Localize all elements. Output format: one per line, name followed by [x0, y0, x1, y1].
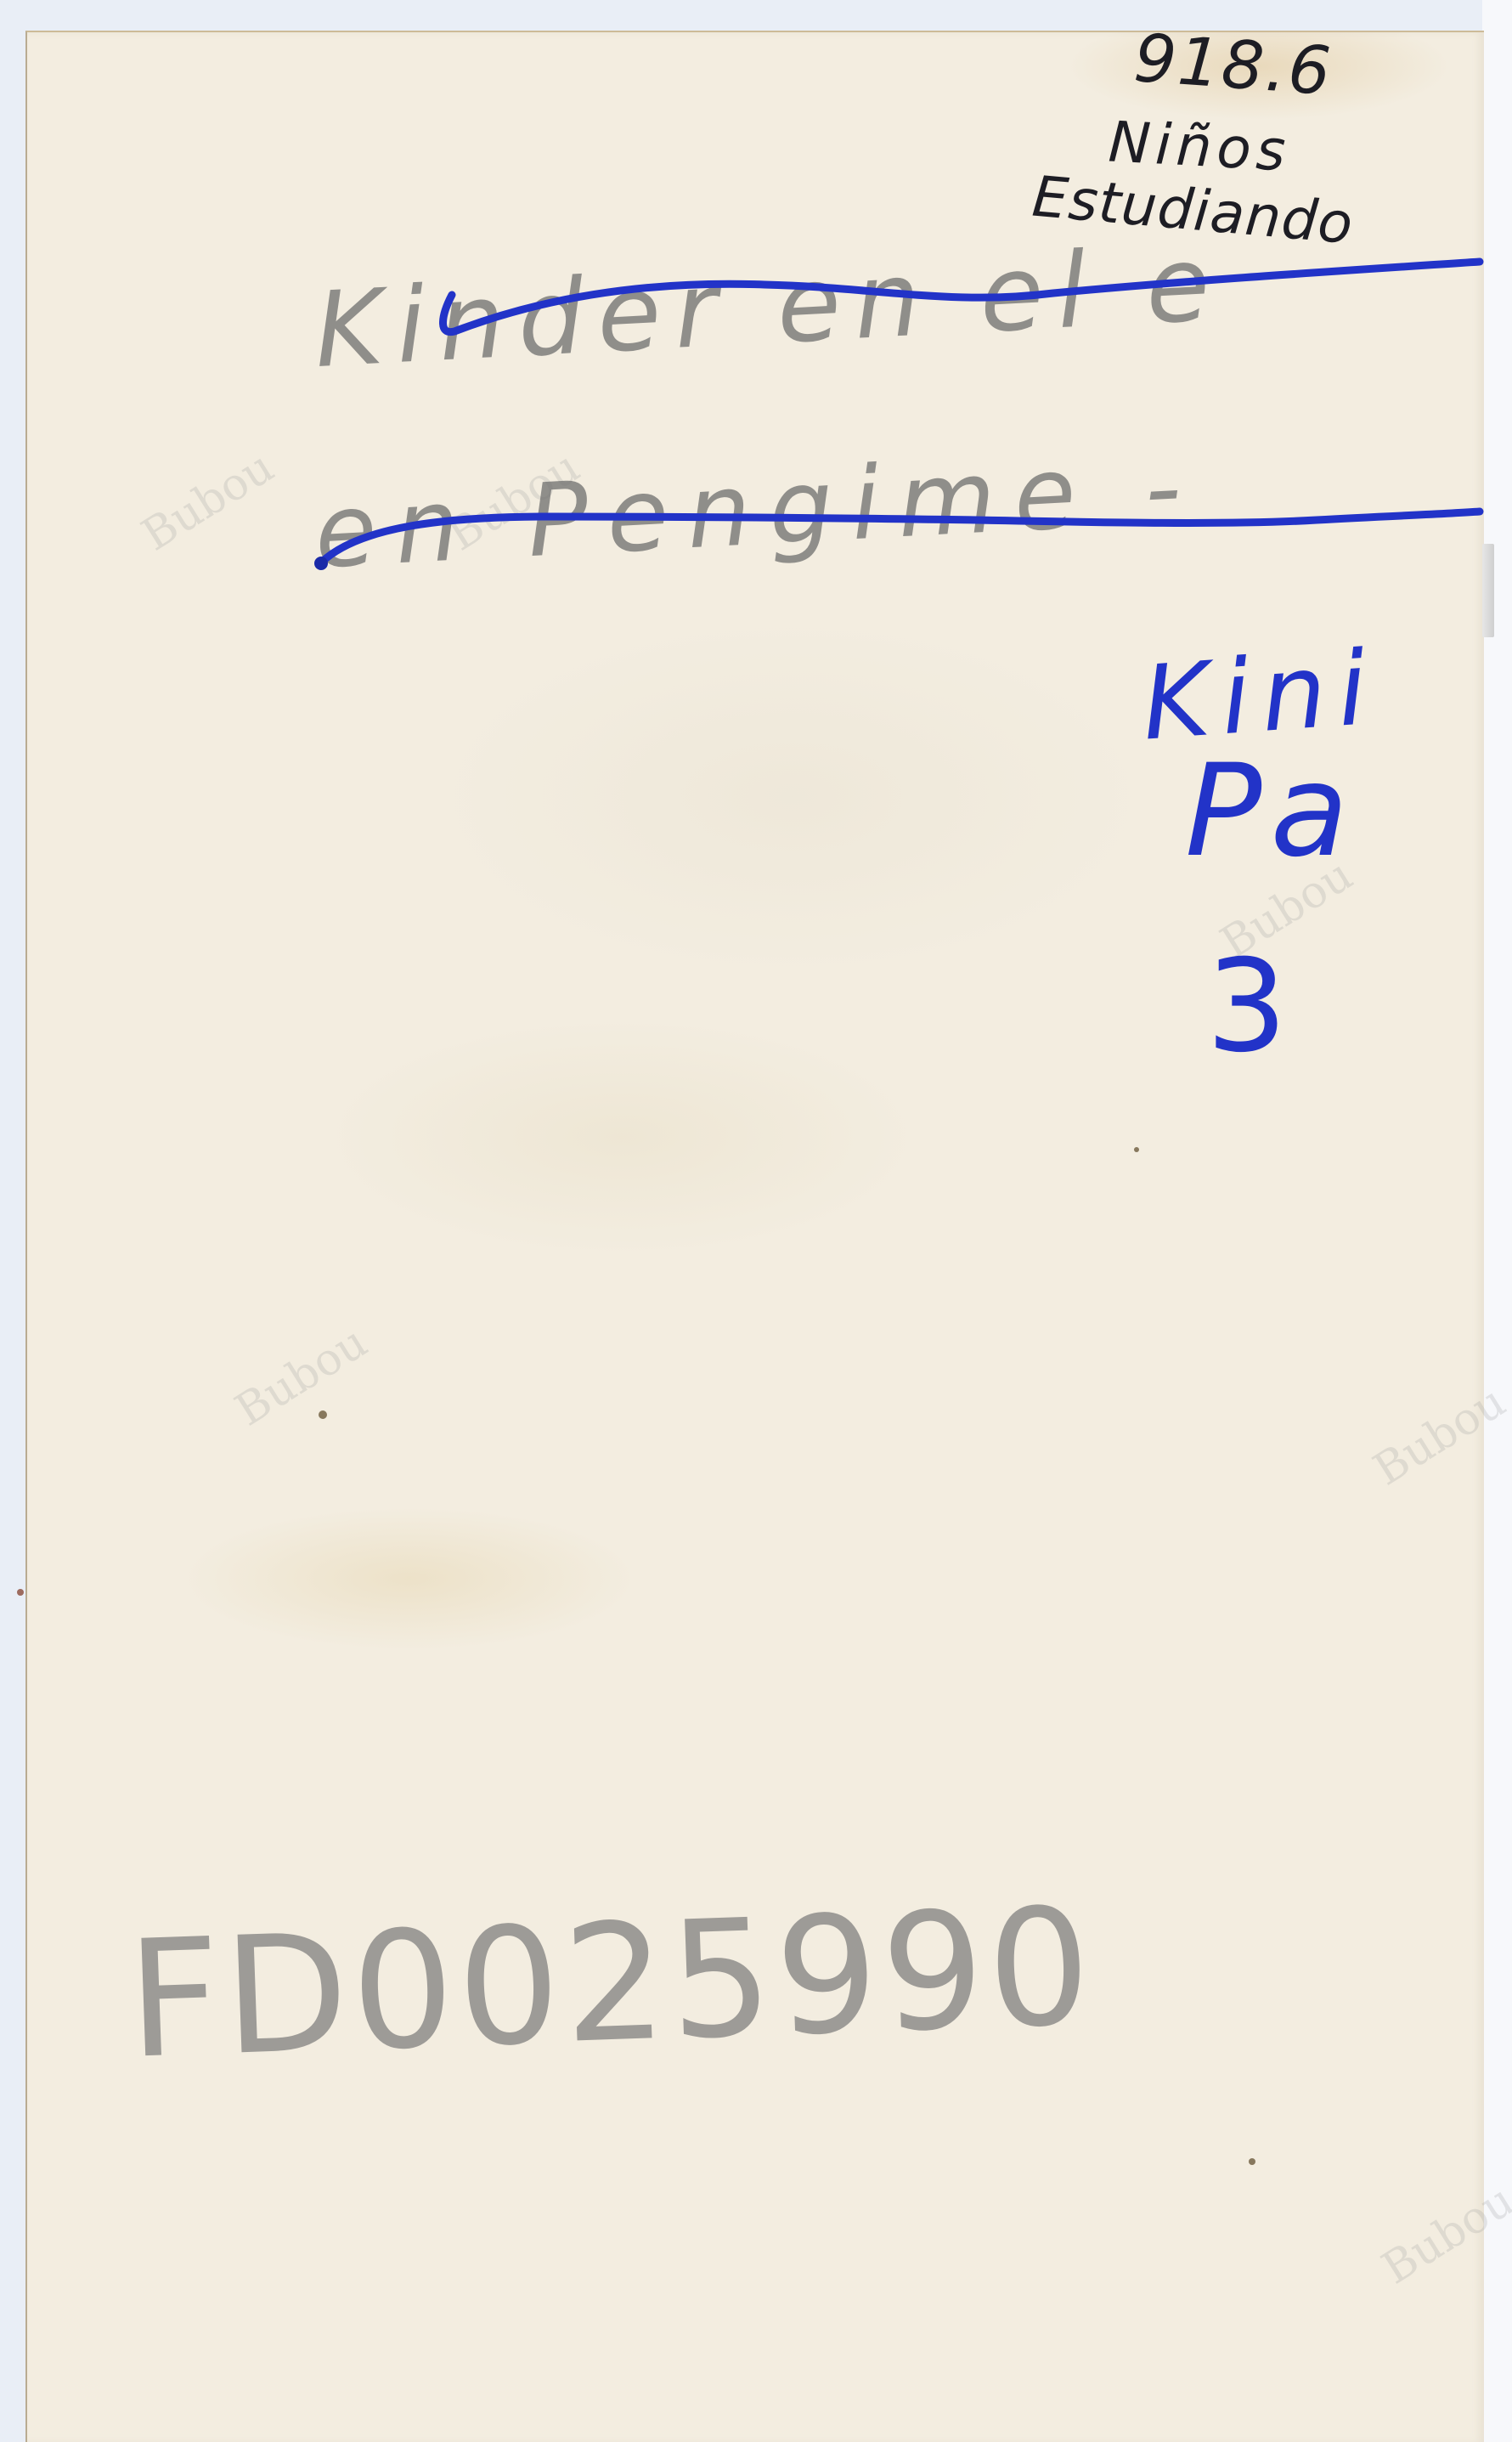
- blue-ink-note-line-3: 3: [1206, 943, 1287, 1071]
- call-number: 918.6: [1132, 25, 1334, 105]
- scan-background: [1482, 0, 1512, 2442]
- pencil-id-code: FD0025990: [125, 1886, 1097, 2082]
- paper-speck: [319, 1410, 327, 1419]
- paper-speck: [17, 1589, 24, 1596]
- subject-line-1: Niños: [1107, 114, 1291, 179]
- paper-speck: [1249, 2158, 1255, 2165]
- paper-speck: [1134, 1147, 1139, 1152]
- paper-tab-flap: [1482, 544, 1494, 637]
- blue-ink-note-line-2: Pa: [1185, 748, 1357, 875]
